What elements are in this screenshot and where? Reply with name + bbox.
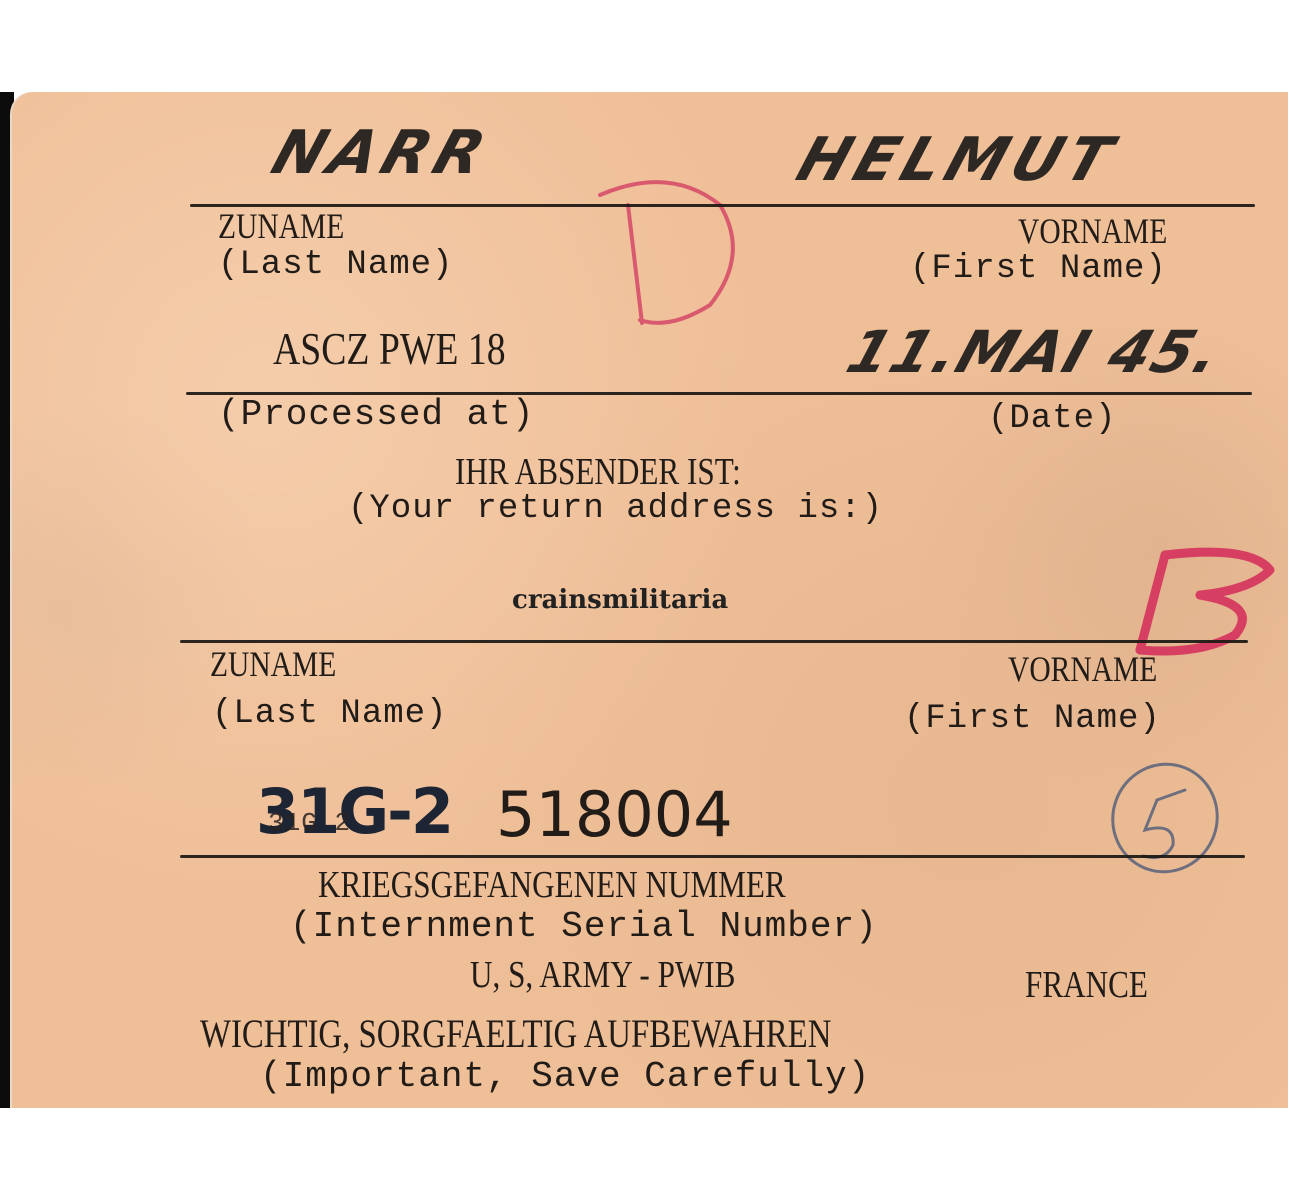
- label-vorname-return: VORNAME: [1008, 648, 1157, 690]
- label-first-name: (First Name): [910, 250, 1167, 288]
- handwritten-first-name: HELMUT: [789, 125, 1127, 195]
- return-address-heading-de: IHR ABSENDER IST:: [455, 450, 741, 494]
- notice-en: (Important, Save Carefully): [260, 1056, 870, 1097]
- handwritten-date: 11.MAI 45.: [839, 318, 1231, 386]
- issuer-line: U, S, ARMY - PWIB: [470, 953, 735, 997]
- label-zuname-return: ZUNAME: [210, 643, 336, 685]
- serial-number-value: 518004: [496, 778, 733, 851]
- label-internment-serial-number: (Internment Serial Number): [290, 906, 878, 947]
- label-last-name: (Last Name): [218, 246, 453, 284]
- label-last-name-return: (Last Name): [212, 695, 447, 733]
- watermark-text: crainsmilitaria: [512, 585, 728, 615]
- serial-typed-prefix: 31G 2: [268, 808, 351, 838]
- divider-return-name-line: [180, 640, 1248, 643]
- divider-serial-line: [180, 855, 1245, 858]
- label-kriegsgefangenen-nummer: KRIEGSGEFANGENEN NUMMER: [318, 863, 786, 907]
- handwritten-last-name: NARR: [264, 118, 500, 188]
- return-address-heading-en: (Your return address is:): [348, 490, 883, 528]
- issuer-country: FRANCE: [1025, 963, 1148, 1007]
- label-vorname: VORNAME: [1018, 210, 1167, 252]
- label-date: (Date): [988, 400, 1116, 438]
- divider-name-line: [190, 204, 1255, 207]
- notice-de: WICHTIG, SORGFAELTIG AUFBEWAHREN: [200, 1010, 831, 1057]
- label-zuname: ZUNAME: [218, 205, 344, 247]
- processed-at-value: ASCZ PWE 18: [273, 322, 506, 375]
- label-processed-at: (Processed at): [218, 394, 534, 435]
- label-first-name-return: (First Name): [904, 700, 1161, 738]
